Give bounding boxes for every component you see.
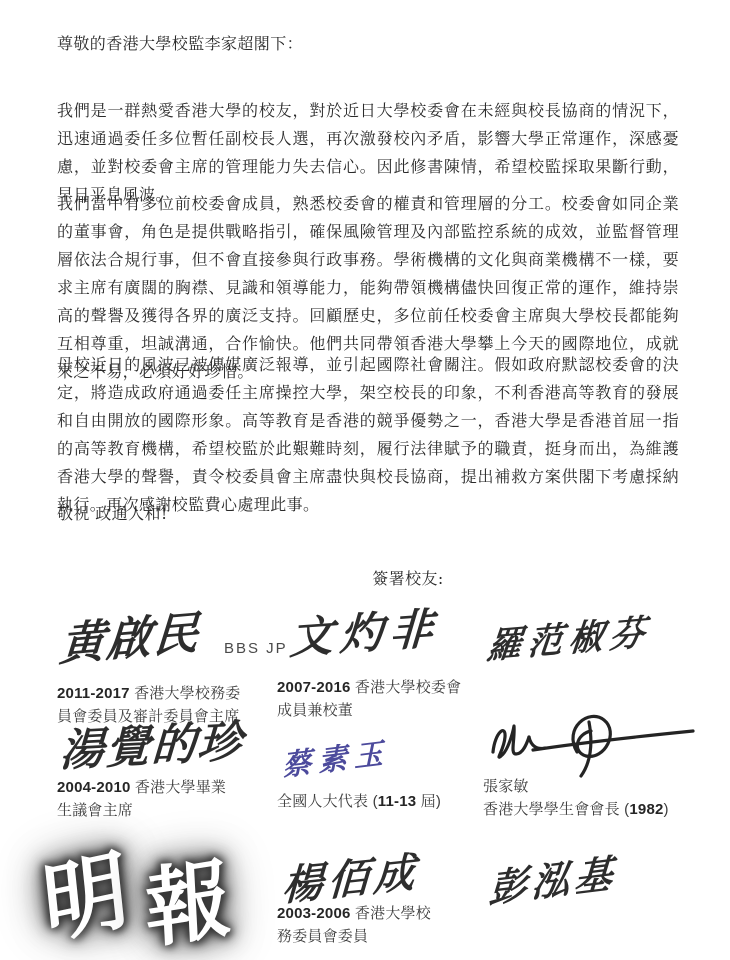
signature-caption: 2004-2010 香港大學畢業生議會主席 [57,776,239,823]
caption-years: 1982 [629,801,663,818]
signatures-heading: 簽署校友: [343,565,473,593]
signature-wong-kai-man: 黄啟民 [58,596,203,674]
signature-law-fan-chiu-fun: 羅范椒芬 [485,605,654,670]
caption-title: 香港大學學生會會長 ( [483,801,629,818]
caption-years: 2007-2016 [277,679,351,696]
letter-salutation: 尊敬的香港大學校監李家超閣下： [57,30,303,58]
watermark-char-ming: 明 [36,816,149,960]
caption-years: 2004-2010 [57,779,131,796]
caption-years: 2011-2017 [57,685,130,702]
caption-years: 2003-2006 [277,905,351,922]
signature-choy-so-yuk-blue-ink: 蔡素玉 [282,730,391,784]
caption-title: 全國人大代表 ( [277,793,378,810]
letter-closing: 敬祝 政通人和! [57,500,168,528]
caption-years: 11-13 [378,793,417,810]
caption-title-line: 香港大學學生會會長 (1982) [483,798,669,821]
caption-title: 屆) [416,793,441,810]
cursive-signature-cheung-ka-man [485,700,700,778]
signature-pang-wang-kee: 彭泓基 [488,842,620,914]
mingpao-logo-watermark: 明報 [38,821,250,959]
signature-caption: 2003-2006 香港大學校務委員會委員 [277,902,435,949]
signature-man-cheuk-fei: 文灼非 [289,595,442,667]
caption-name: 張家敏 [483,775,669,798]
signature-tong: 湯覺的珍 [58,705,245,779]
letter-paragraph-3: 母校近日的風波已被傳媒廣泛報導，並引起國際社會關注。假如政府默認校委會的決定，將… [57,351,679,519]
signature-honours-suffix: BBS JP [224,640,288,657]
caption-title: ) [664,801,669,818]
signature-caption: 全國人大代表 (11-13 屆) [277,790,441,813]
watermark-char-pao: 報 [142,825,249,960]
signature-caption: 2007-2016 香港大學校委會成員兼校董 [277,676,473,723]
signature-caption: 張家敏 香港大學學生會會長 (1982) [483,775,669,822]
petition-letter-page: 尊敬的香港大學校監李家超閣下： 我們是一群熱愛香港大學的校友，對於近日大學校委會… [0,0,730,960]
